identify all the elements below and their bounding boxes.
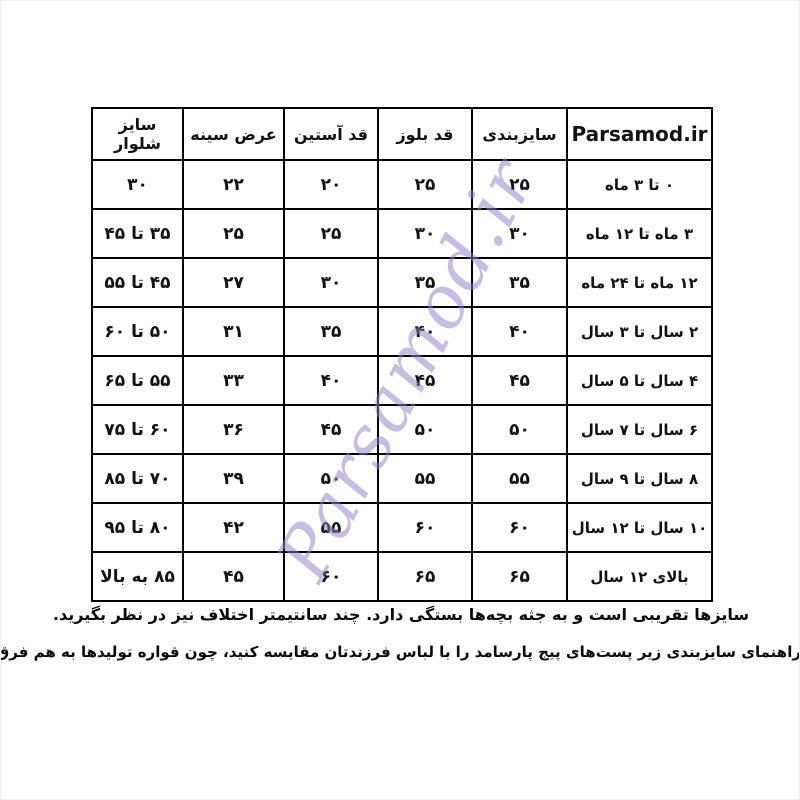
value-cell-r2-c1: ۳۵ bbox=[378, 258, 472, 307]
value-cell-r0-c2: ۲۰ bbox=[284, 160, 378, 209]
value-cell-r6-c4: ۷۰ تا ۸۵ bbox=[92, 454, 183, 503]
value-cell-r7-c1: ۶۰ bbox=[378, 503, 472, 552]
value-cell-r7-c3: ۴۲ bbox=[183, 503, 284, 552]
column-header-2: قد آستین bbox=[284, 108, 378, 160]
value-cell-r6-c0: ۵۵ bbox=[472, 454, 567, 503]
row-label-6: ۸ سال تا ۹ سال bbox=[567, 454, 712, 503]
size-table-body: ۰ تا ۳ ماه۲۵۲۵۲۰۲۲۳۰۳ ماه تا ۱۲ ماه۳۰۳۰۲… bbox=[92, 160, 712, 601]
value-cell-r0-c3: ۲۲ bbox=[183, 160, 284, 209]
value-cell-r5-c3: ۳۶ bbox=[183, 405, 284, 454]
table-row: ۴ سال تا ۵ سال۴۵۴۵۴۰۳۳۵۵ تا ۶۵ bbox=[92, 356, 712, 405]
value-cell-r7-c2: ۵۵ bbox=[284, 503, 378, 552]
table-row: ۱۰ سال تا ۱۲ سال۶۰۶۰۵۵۴۲۸۰ تا ۹۵ bbox=[92, 503, 712, 552]
size-table: Parsamod.irسایزبندیقد بلوزقد آستینعرض سی… bbox=[91, 107, 713, 602]
value-cell-r1-c0: ۳۰ bbox=[472, 209, 567, 258]
value-cell-r5-c2: ۴۵ bbox=[284, 405, 378, 454]
value-cell-r8-c1: ۶۵ bbox=[378, 552, 472, 601]
row-label-5: ۶ سال تا ۷ سال bbox=[567, 405, 712, 454]
value-cell-r5-c4: ۶۰ تا ۷۵ bbox=[92, 405, 183, 454]
table-row: ۰ تا ۳ ماه۲۵۲۵۲۰۲۲۳۰ bbox=[92, 160, 712, 209]
value-cell-r0-c1: ۲۵ bbox=[378, 160, 472, 209]
table-row: ۱۲ ماه تا ۲۴ ماه۳۵۳۵۳۰۲۷۴۵ تا ۵۵ bbox=[92, 258, 712, 307]
value-cell-r7-c4: ۸۰ تا ۹۵ bbox=[92, 503, 183, 552]
value-cell-r1-c3: ۲۵ bbox=[183, 209, 284, 258]
value-cell-r8-c4: ۸۵ به بالا bbox=[92, 552, 183, 601]
column-header-1: قد بلوز bbox=[378, 108, 472, 160]
value-cell-r8-c3: ۴۵ bbox=[183, 552, 284, 601]
row-label-0: ۰ تا ۳ ماه bbox=[567, 160, 712, 209]
value-cell-r2-c2: ۳۰ bbox=[284, 258, 378, 307]
row-label-7: ۱۰ سال تا ۱۲ سال bbox=[567, 503, 712, 552]
value-cell-r4-c2: ۴۰ bbox=[284, 356, 378, 405]
value-cell-r3-c3: ۳۱ bbox=[183, 307, 284, 356]
table-row: ۶ سال تا ۷ سال۵۰۵۰۴۵۳۶۶۰ تا ۷۵ bbox=[92, 405, 712, 454]
value-cell-r8-c0: ۶۵ bbox=[472, 552, 567, 601]
row-label-4: ۴ سال تا ۵ سال bbox=[567, 356, 712, 405]
column-header-3: عرض سینه bbox=[183, 108, 284, 160]
value-cell-r3-c1: ۴۰ bbox=[378, 307, 472, 356]
value-cell-r5-c1: ۵۰ bbox=[378, 405, 472, 454]
note-line-2: راهنمای سایزبندی زیر پست‌های پیج پارسامد… bbox=[1, 643, 800, 661]
row-label-1: ۳ ماه تا ۱۲ ماه bbox=[567, 209, 712, 258]
value-cell-r7-c0: ۶۰ bbox=[472, 503, 567, 552]
value-cell-r2-c4: ۴۵ تا ۵۵ bbox=[92, 258, 183, 307]
column-header-4: سایز شلوار bbox=[92, 108, 183, 160]
value-cell-r1-c4: ۳۵ تا ۴۵ bbox=[92, 209, 183, 258]
note-line-1: سایزها تقریبی است و به جثه بچه‌ها بستگی … bbox=[1, 605, 800, 624]
value-cell-r3-c0: ۴۰ bbox=[472, 307, 567, 356]
value-cell-r4-c0: ۴۵ bbox=[472, 356, 567, 405]
row-label-3: ۲ سال تا ۳ سال bbox=[567, 307, 712, 356]
value-cell-r6-c3: ۳۹ bbox=[183, 454, 284, 503]
table-row: ۲ سال تا ۳ سال۴۰۴۰۳۵۳۱۵۰ تا ۶۰ bbox=[92, 307, 712, 356]
value-cell-r4-c3: ۳۳ bbox=[183, 356, 284, 405]
row-label-2: ۱۲ ماه تا ۲۴ ماه bbox=[567, 258, 712, 307]
value-cell-r8-c2: ۶۰ bbox=[284, 552, 378, 601]
table-row: ۳ ماه تا ۱۲ ماه۳۰۳۰۲۵۲۵۳۵ تا ۴۵ bbox=[92, 209, 712, 258]
value-cell-r0-c0: ۲۵ bbox=[472, 160, 567, 209]
value-cell-r1-c2: ۲۵ bbox=[284, 209, 378, 258]
value-cell-r2-c3: ۲۷ bbox=[183, 258, 284, 307]
size-chart-page: Parsamod.ir Parsamod.irسایزبندیقد بلوزقد… bbox=[0, 0, 800, 800]
column-header-0: سایزبندی bbox=[472, 108, 567, 160]
table-row: بالای ۱۲ سال۶۵۶۵۶۰۴۵۸۵ به بالا bbox=[92, 552, 712, 601]
row-label-8: بالای ۱۲ سال bbox=[567, 552, 712, 601]
value-cell-r0-c4: ۳۰ bbox=[92, 160, 183, 209]
value-cell-r4-c1: ۴۵ bbox=[378, 356, 472, 405]
value-cell-r6-c2: ۵۰ bbox=[284, 454, 378, 503]
header-row: Parsamod.irسایزبندیقد بلوزقد آستینعرض سی… bbox=[92, 108, 712, 160]
value-cell-r4-c4: ۵۵ تا ۶۵ bbox=[92, 356, 183, 405]
brand-header-cell: Parsamod.ir bbox=[567, 108, 712, 160]
value-cell-r3-c2: ۳۵ bbox=[284, 307, 378, 356]
table-row: ۸ سال تا ۹ سال۵۵۵۵۵۰۳۹۷۰ تا ۸۵ bbox=[92, 454, 712, 503]
value-cell-r3-c4: ۵۰ تا ۶۰ bbox=[92, 307, 183, 356]
value-cell-r6-c1: ۵۵ bbox=[378, 454, 472, 503]
value-cell-r5-c0: ۵۰ bbox=[472, 405, 567, 454]
value-cell-r2-c0: ۳۵ bbox=[472, 258, 567, 307]
value-cell-r1-c1: ۳۰ bbox=[378, 209, 472, 258]
